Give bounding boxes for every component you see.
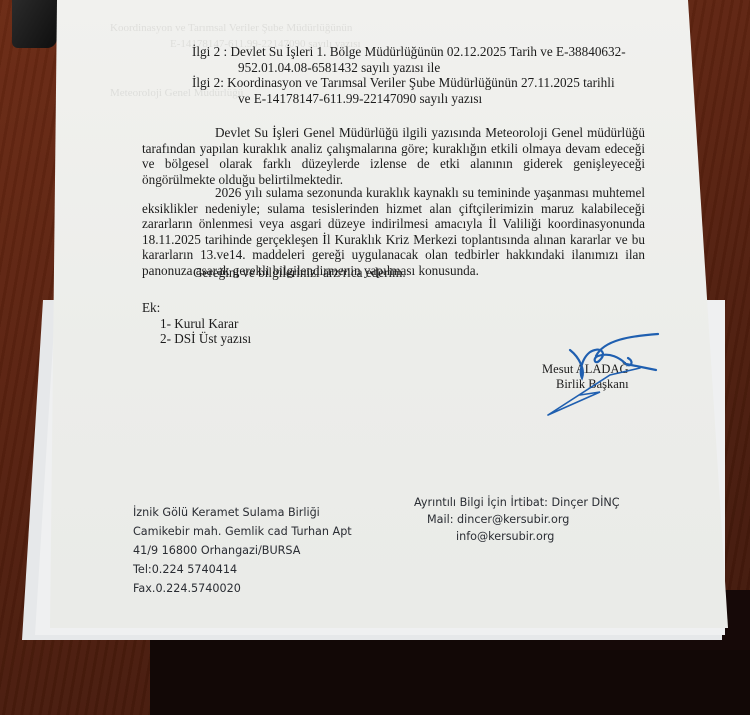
dark-shadow-area (150, 640, 750, 715)
address-line-2: 41/9 16800 Orhangazi/BURSA (133, 541, 352, 560)
closing-line: Gereğini ve bilgilerinizi arz/rica ederi… (193, 265, 406, 281)
attachments-list: Ek: 1- Kurul Karar 2- DSİ Üst yazısı (142, 300, 251, 347)
bleed-through-text: Koordinasyon ve Tarımsal Veriler Şube Mü… (110, 20, 352, 36)
attachment-item: 2- DSİ Üst yazısı (142, 331, 251, 347)
reference-2-line-2: ve E-14178147-611.99-22147090 sayılı yaz… (192, 91, 652, 107)
phone-number: Tel:0.224 5740414 (133, 560, 352, 579)
organization-address: İznik Gölü Keramet Sulama Birliği Camike… (133, 503, 352, 598)
paragraph-1: Devlet Su İşleri Genel Müdürlüğü ilgili … (142, 125, 645, 187)
organization-name: İznik Gölü Keramet Sulama Birliği (133, 503, 352, 522)
handwritten-signature (540, 330, 670, 420)
attachments-label: Ek: (142, 300, 251, 316)
reference-2: İlgi 2: Koordinasyon ve Tarımsal Veriler… (192, 75, 652, 106)
address-line-1: Camikebir mah. Gemlik cad Turhan Apt (133, 522, 352, 541)
info-email: info@kersubir.org (414, 528, 620, 545)
reference-block: İlgi 2 : Devlet Su İşleri 1. Bölge Müdür… (192, 44, 652, 106)
document-page: Koordinasyon ve Tarımsal Veriler Şube Mü… (0, 0, 750, 715)
reference-1-line-2: 952.01.04.08-6581432 sayılı yazısı ile (192, 60, 652, 76)
attachment-item: 1- Kurul Karar (142, 316, 251, 332)
contact-person: Ayrıntılı Bilgi İçin İrtibat: Dinçer DİN… (414, 494, 620, 511)
reference-1-line-1: İlgi 2 : Devlet Su İşleri 1. Bölge Müdür… (192, 44, 626, 59)
fax-number: Fax.0.224.5740020 (133, 579, 352, 598)
contact-info: Ayrıntılı Bilgi İçin İrtibat: Dinçer DİN… (414, 494, 620, 545)
reference-1: İlgi 2 : Devlet Su İşleri 1. Bölge Müdür… (192, 44, 652, 75)
contact-email: Mail: dincer@kersubir.org (414, 511, 620, 528)
binder-clip (12, 0, 57, 48)
reference-2-line-1: İlgi 2: Koordinasyon ve Tarımsal Veriler… (192, 75, 615, 90)
